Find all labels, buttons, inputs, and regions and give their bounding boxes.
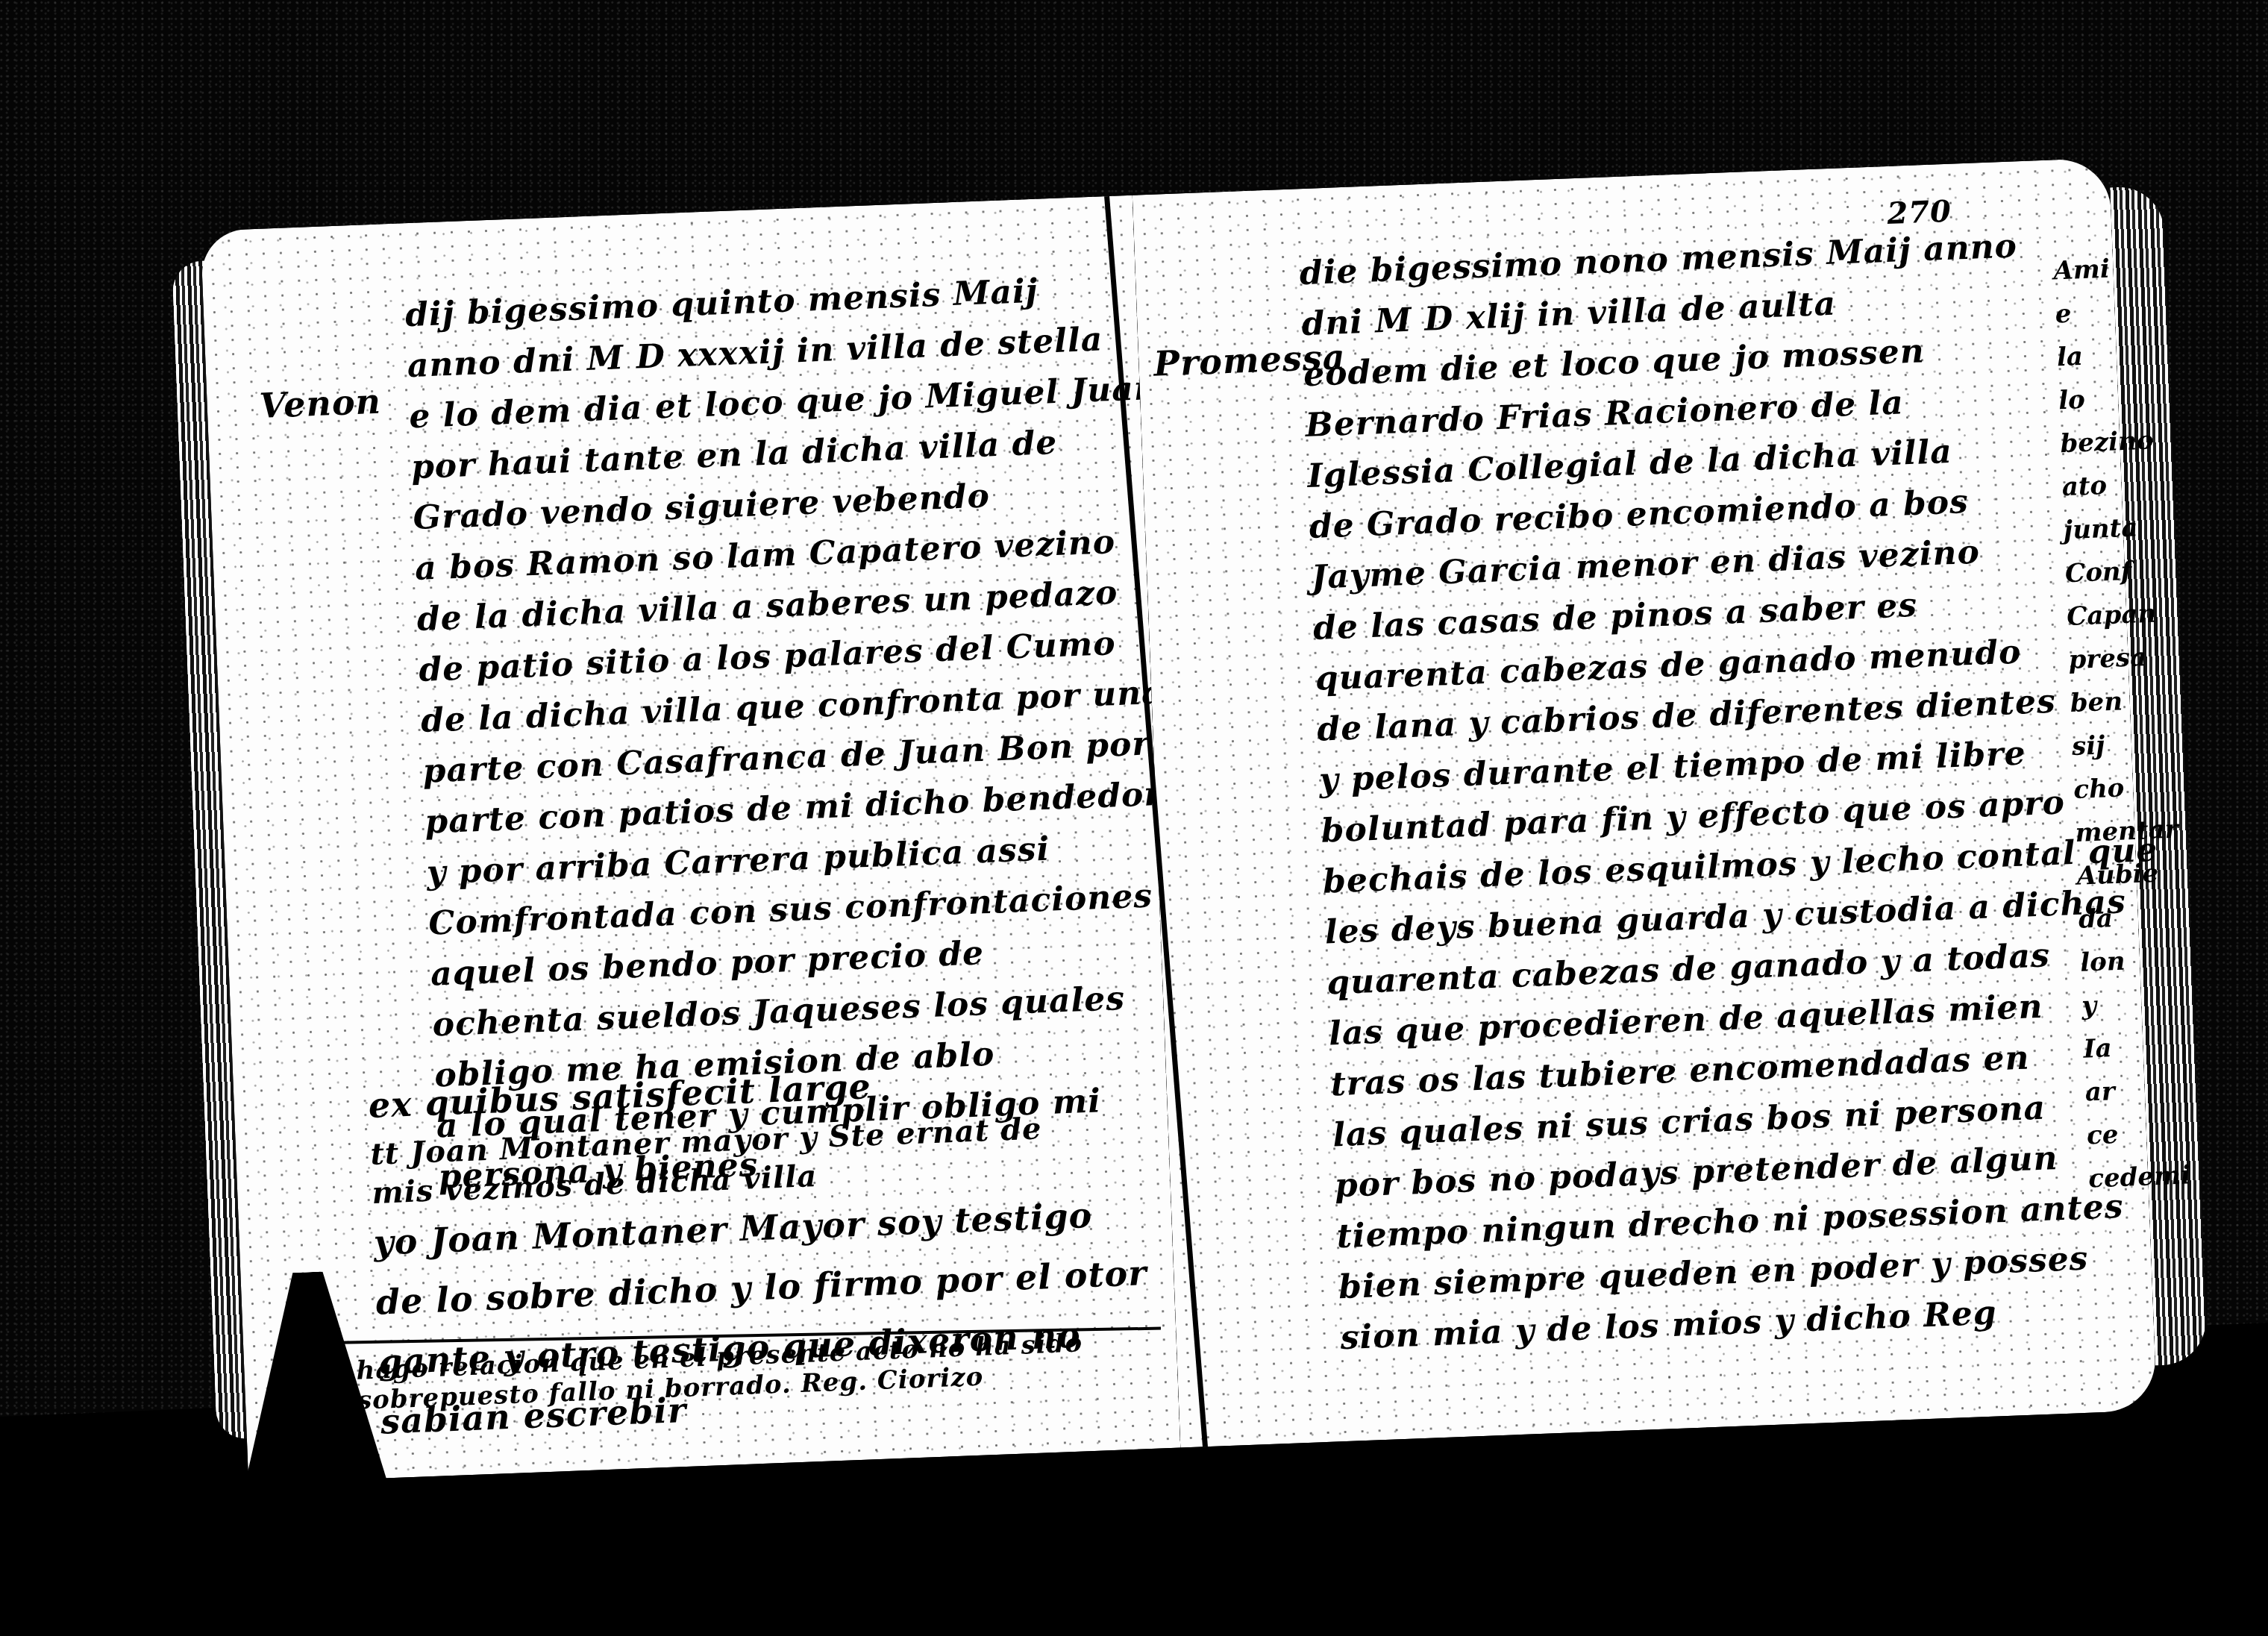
- margin-fragment: la: [2056, 333, 2117, 379]
- margin-fragment: lon: [2079, 939, 2140, 985]
- margin-fragment: e: [2055, 290, 2116, 336]
- right-page: 270 Promessa die bigessimo nono mensis M…: [1133, 157, 2158, 1447]
- margin-fragment: cho: [2073, 766, 2134, 812]
- margin-fragment: lo: [2058, 377, 2119, 422]
- margin-fragment: ben: [2070, 680, 2131, 725]
- margin-fragment: Ia: [2083, 1026, 2144, 1071]
- margin-fragment: Capan: [2066, 593, 2127, 639]
- margin-fragment: ar: [2084, 1069, 2146, 1115]
- book-spread: Venon dij bigessimo quinto mensis Maij a…: [201, 157, 2158, 1483]
- margin-fragment: presa: [2068, 636, 2129, 682]
- margin-fragment: Ami: [2052, 247, 2114, 292]
- margin-fragment: y: [2081, 982, 2142, 1028]
- margin-fragment: cedemi: [2087, 1155, 2149, 1200]
- right-page-body: die bigessimo nono mensis Maij anno dni …: [1299, 216, 2176, 1364]
- margin-fragment: ce: [2086, 1112, 2147, 1158]
- margin-fragment: bezino: [2059, 420, 2120, 466]
- margin-fragment: ato: [2061, 463, 2123, 509]
- margin-fragment: sij: [2071, 723, 2132, 768]
- margin-fragment: da: [2078, 896, 2139, 941]
- left-margin-note: Venon: [259, 381, 382, 426]
- margin-fragment: Conf: [2064, 550, 2126, 595]
- left-page: Venon dij bigessimo quinto mensis Maij a…: [201, 195, 1181, 1484]
- margin-fragment: junta: [2063, 507, 2124, 552]
- margin-fragment: mentar: [2074, 809, 2135, 855]
- margin-fragment: Aubie: [2076, 853, 2137, 898]
